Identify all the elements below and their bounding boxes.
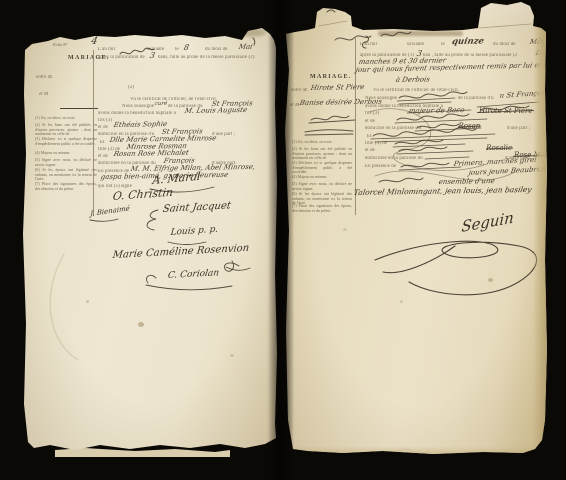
line-benediction: avons donné la bénédiction nuptiale à bbox=[98, 111, 176, 116]
register-scan: Folio N° 4 MARIAGE. entre M. et M (1) Un… bbox=[0, 0, 566, 480]
line-paroisse-label: de la paroisse d'u bbox=[458, 96, 494, 101]
groom-name: M. Louis Auguste bbox=[184, 106, 248, 115]
signature-witness-3: Saint Jacquet bbox=[162, 200, 232, 215]
line-etde-2: et de bbox=[365, 148, 375, 153]
line-year-word: soixante bbox=[407, 42, 424, 47]
line-publication: après la publication de bbox=[98, 55, 145, 60]
line-etde-1: et de bbox=[98, 125, 108, 130]
pencil-arc bbox=[50, 254, 78, 360]
line-year-pre: L'an mil bbox=[360, 42, 377, 47]
dune-part: d'une part ; bbox=[507, 126, 530, 131]
line-month-label: du mois de bbox=[205, 47, 228, 52]
signature-witness-2: J. Bienaimé bbox=[90, 204, 130, 218]
page-block-edge-right bbox=[533, 26, 549, 462]
signature-witness-4: Louis p. p. bbox=[170, 225, 219, 238]
left-page-content: Folio N° 4 MARIAGE. entre M. et M (1) Un… bbox=[20, 24, 280, 454]
left-page: Folio N° 4 MARIAGE. entre M. et M (1) Un… bbox=[20, 24, 280, 454]
line-soussigne: Nous soussigné bbox=[122, 104, 154, 109]
footnote-7: (7) Place des signatures des époux, des … bbox=[292, 204, 352, 213]
footnote-1: (1) Un, ou deux, ou trois. bbox=[35, 116, 97, 121]
line-signed: qui ont (5) bbox=[98, 184, 120, 189]
signature-bride: Marie Caméline Rosenvion bbox=[112, 243, 250, 261]
et-label: et M bbox=[39, 92, 48, 97]
line-etde-2: et de bbox=[98, 154, 108, 159]
line-certificate: Vu le certificat de l'officier de l'état… bbox=[373, 88, 459, 93]
line-day-label: le bbox=[175, 47, 179, 52]
footnote-4: (4) Majeur ou mineur. bbox=[292, 175, 352, 180]
footnote-3: (3) Déclarer ici si quelque dispense d'e… bbox=[35, 137, 97, 146]
page-curl-shadow bbox=[283, 0, 295, 462]
left-ink-overlay bbox=[20, 24, 280, 454]
witnesses-line-3: ensemble d'une bbox=[438, 177, 495, 186]
right-page-content: MARIAGE. entre M. Hirote St Pière et M B… bbox=[283, 0, 549, 462]
stain bbox=[86, 300, 89, 303]
line-month-label: du mois de bbox=[493, 42, 516, 47]
signature-officiant: A. Maral bbox=[152, 170, 201, 187]
stain bbox=[343, 228, 347, 231]
officiant-title: curé bbox=[154, 101, 168, 107]
bans-count: 3 bbox=[149, 51, 156, 60]
line-fils: fils (3) bbox=[98, 118, 112, 123]
torn-flap bbox=[478, 2, 534, 30]
entre-label: entre M. bbox=[36, 75, 53, 80]
line-fille: fille (3) de bbox=[365, 141, 387, 146]
signature-officiant: Seguin bbox=[461, 208, 514, 236]
folio-number: 4 bbox=[90, 36, 99, 47]
smudge bbox=[378, 31, 463, 36]
line-year-pre: L'an mil bbox=[98, 47, 115, 52]
line-et: Et bbox=[367, 134, 372, 139]
marriage-heading: MARIAGE. bbox=[310, 74, 352, 80]
day-value: quinze bbox=[451, 36, 485, 47]
line-publication-2: bans, faite au prône de la messe paroiss… bbox=[158, 55, 255, 60]
bride-father-name: Rosalie bbox=[486, 144, 512, 152]
line-soussigne: Nous soussigné bbox=[365, 96, 397, 101]
footnote-4: (4) Majeur ou mineur. bbox=[35, 151, 97, 156]
month-value: Mai bbox=[238, 43, 253, 51]
line-fils: fils (3) bbox=[365, 111, 379, 116]
groom-filiation: majeur de Baco bbox=[408, 106, 465, 115]
footnote-1: (1) Un, ou deux, ou trois. bbox=[292, 140, 352, 145]
line-day-label: le bbox=[441, 42, 445, 47]
column-divider bbox=[93, 50, 94, 216]
groom-mother-name: Rosan bbox=[459, 122, 481, 130]
groom-margin-name: Hirote St Pière bbox=[310, 83, 365, 92]
smudge bbox=[238, 28, 266, 37]
signature-witness-5: C. Coriolan bbox=[167, 268, 220, 281]
page-stack-edge bbox=[55, 448, 230, 457]
line-et: Et bbox=[100, 140, 105, 145]
line-etde-1: et de bbox=[365, 119, 375, 124]
hand-place-line: à Derbois bbox=[395, 75, 431, 84]
day-value: 8 bbox=[183, 43, 190, 52]
line-certificate: Vu le certificat de l'officier, de l'éta… bbox=[130, 97, 217, 102]
note-2-ref: (2) bbox=[128, 85, 134, 90]
line-presence: En présence de bbox=[365, 164, 396, 169]
folio-label: Folio N° bbox=[53, 42, 68, 47]
line-domicile-groom: domicilié en la paroisse d'u bbox=[365, 126, 421, 131]
page-curl-shadow bbox=[266, 24, 280, 454]
witnesses-line-4: Talorcel Minlomingant, jean louis, jean … bbox=[353, 185, 533, 197]
stain bbox=[400, 300, 403, 303]
line-domicile-bride: domiciliée en la paroisse du bbox=[365, 156, 423, 161]
aging-vignette bbox=[20, 24, 280, 454]
signature-paraph bbox=[375, 241, 537, 295]
right-page: MARIAGE. entre M. Hirote St Pière et M B… bbox=[283, 0, 549, 462]
stain bbox=[488, 278, 493, 282]
page-block-edge-bottom bbox=[283, 446, 549, 462]
stain bbox=[138, 322, 144, 327]
groom-name: Hirote St Pière bbox=[479, 107, 533, 115]
stain bbox=[230, 354, 234, 357]
footnote-7: (7) Place des signatures des époux, des … bbox=[35, 182, 97, 191]
groom-mother-name: Ethéais Sophie bbox=[113, 120, 168, 129]
